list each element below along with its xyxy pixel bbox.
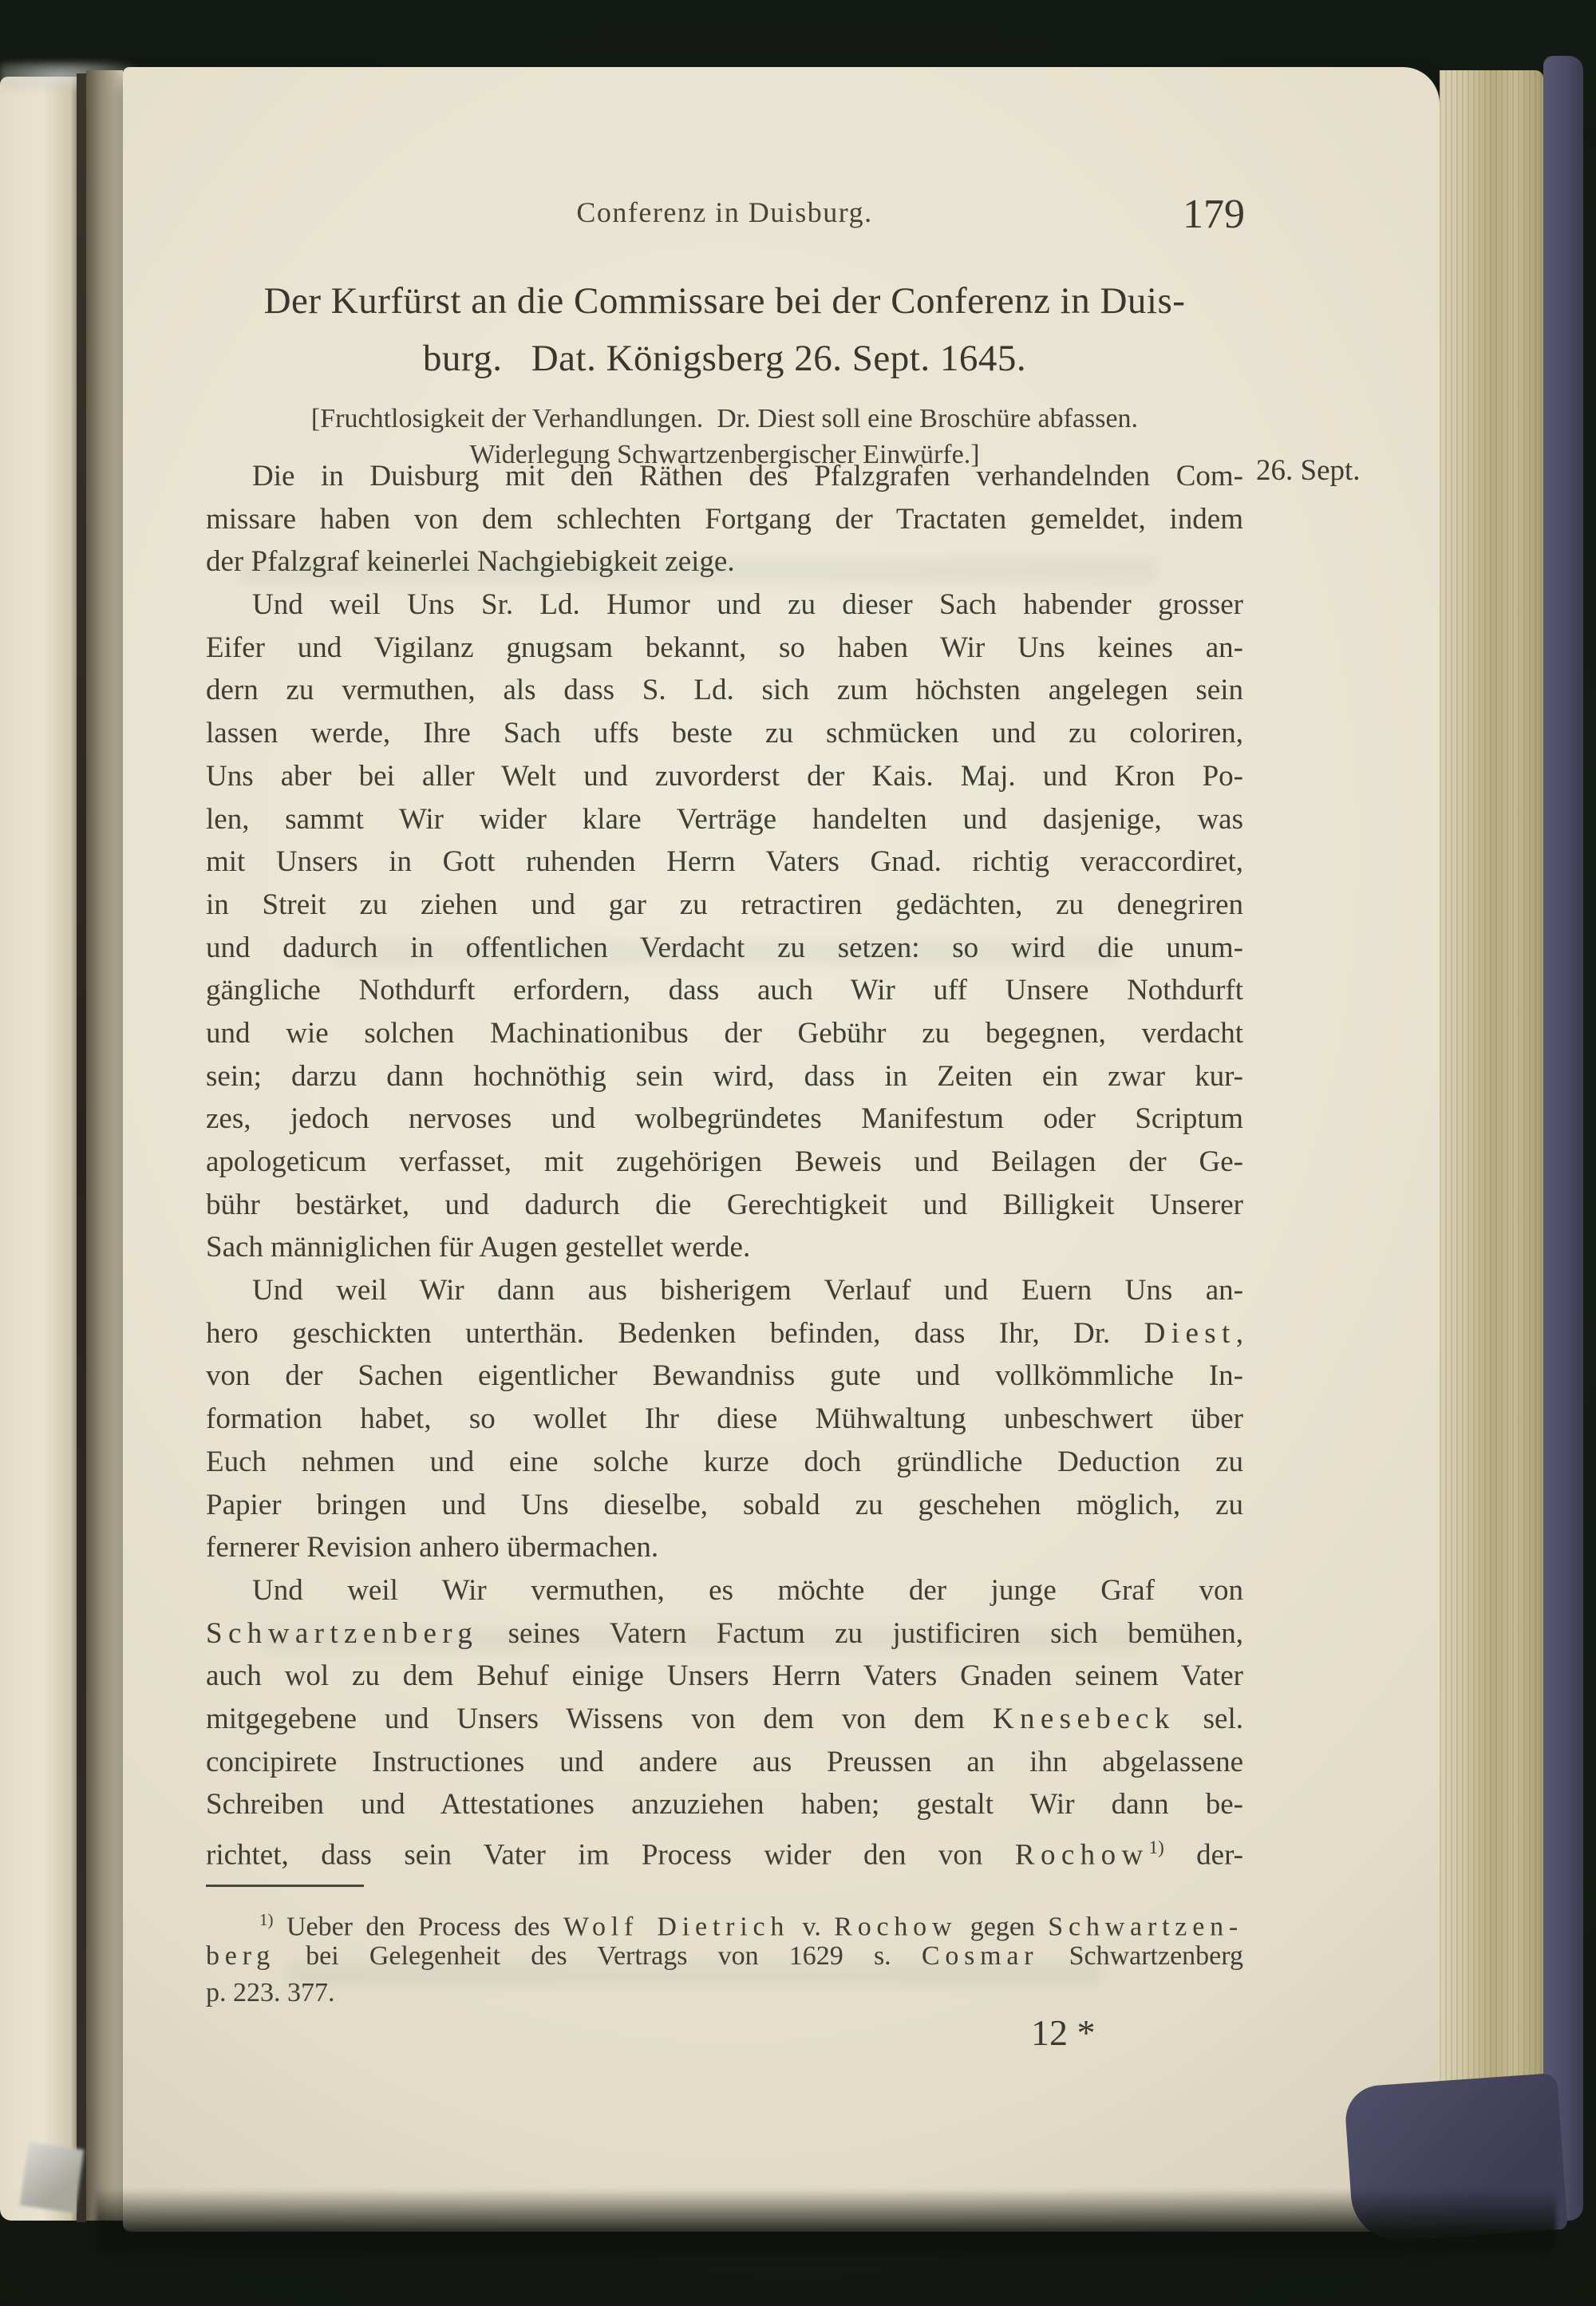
body-line: fernerer Revision anhero übermachen. [206, 1526, 1243, 1569]
margin-date-note: 26. Sept. [1256, 455, 1408, 487]
page-number: 179 [1133, 194, 1245, 235]
page-bottom-shadow [96, 2189, 1556, 2253]
body-line: formation habet, so wollet Ihr diese Müh… [206, 1398, 1243, 1441]
body-line: apologeticum verfasset, mit zugehörigen … [206, 1141, 1243, 1184]
footnote-text: 1) Ueber den Process des Wolf Dietrich v… [206, 1901, 1243, 2011]
body-line: in Streit zu ziehen und gar zu retractir… [206, 884, 1243, 927]
footnote-line: berg bei Gelegenheit des Vertrags von 16… [206, 1938, 1243, 1975]
body-line: gängliche Nothdurft erfordern, dass auch… [206, 969, 1243, 1012]
body-line: dern zu vermuthen, als dass S. Ld. sich … [206, 669, 1243, 712]
body-line: der Pfalzgraf keinerlei Nachgiebigkeit z… [206, 540, 1243, 583]
body-line: Und weil Uns Sr. Ld. Humor und zu dieser… [206, 583, 1243, 627]
body-line: Schwartzenberg seines Vatern Factum zu j… [206, 1612, 1243, 1655]
book-cover-edge [1543, 56, 1583, 2221]
title-line: burg. Dat. Königsberg 26. Sept. 1645. [166, 330, 1283, 387]
body-line: Und weil Wir vermuthen, es möchte der ju… [206, 1569, 1243, 1612]
facing-page-edge [0, 77, 77, 2221]
body-line: Und weil Wir dann aus bisherigem Verlauf… [206, 1269, 1243, 1312]
gutter-crevice [77, 73, 86, 2222]
body-line: und wie solchen Machinationibus der Gebü… [206, 1012, 1243, 1055]
body-line: missare haben von dem schlechten Fortgan… [206, 498, 1243, 541]
body-line: bühr bestärket, und dadurch die Gerechti… [206, 1184, 1243, 1227]
body-line: len, sammt Wir wider klare Verträge hand… [206, 798, 1243, 841]
body-line: Eifer und Vigilanz gnugsam bekannt, so h… [206, 627, 1243, 670]
body-line: Papier bringen und Uns dieselbe, sobald … [206, 1484, 1243, 1527]
body-line: richtet, dass sein Vater im Process wide… [206, 1826, 1243, 1869]
abstract-line: [Fruchtlosigkeit der Verhandlungen. Dr. … [206, 401, 1243, 437]
body-line: zes, jedoch nervoses und wolbegründetes … [206, 1098, 1243, 1141]
title-line: Der Kurfürst an die Commissare bei der C… [166, 272, 1283, 330]
signature-mark: 12 * [1031, 2015, 1096, 2051]
document-title: Der Kurfürst an die Commissare bei der C… [166, 272, 1283, 387]
body-line: lassen werde, Ihre Sach uffs beste zu sc… [206, 712, 1243, 755]
footnote-line: p. 223. 377. [206, 1975, 1243, 2011]
body-line: sein; darzu dann hochnöthig sein wird, d… [206, 1055, 1243, 1098]
body-line: Sach männiglichen für Augen gestellet we… [206, 1226, 1243, 1269]
body-line: Euch nehmen und eine solche kurze doch g… [206, 1441, 1243, 1484]
body-line: Schreiben und Attestationes anzuziehen h… [206, 1783, 1243, 1826]
body-line: mitgegebene und Unsers Wissens von dem v… [206, 1698, 1243, 1741]
body-line: Uns aber bei aller Welt und zuvorderst d… [206, 755, 1243, 798]
running-header: Conferenz in Duisburg. [206, 196, 1243, 228]
body-line: auch wol zu dem Behuf einige Unsers Herr… [206, 1655, 1243, 1698]
footnote-line: 1) Ueber den Process des Wolf Dietrich v… [206, 1901, 1243, 1938]
book-scan-canvas: Conferenz in Duisburg. 179 Der Kurfürst … [0, 0, 1596, 2306]
body-line: hero geschickten unterthän. Bedenken bef… [206, 1312, 1243, 1355]
body-line: von der Sachen eigentlicher Bewandniss g… [206, 1355, 1243, 1398]
body-text: Die in Duisburg mit den Räthen des Pfalz… [206, 455, 1243, 1869]
gutter-shadow [86, 70, 123, 2221]
facing-page-bottom-corner [20, 2142, 84, 2213]
fore-edge-page-stack [1440, 70, 1543, 2197]
body-line: und dadurch in offentlichen Verdacht zu … [206, 927, 1243, 970]
body-line: Die in Duisburg mit den Räthen des Pfalz… [206, 455, 1243, 498]
footnote-separator-rule [206, 1885, 364, 1887]
body-line: concipirete Instructiones und andere aus… [206, 1741, 1243, 1784]
body-line: mit Unsers in Gott ruhenden Herrn Vaters… [206, 841, 1243, 884]
